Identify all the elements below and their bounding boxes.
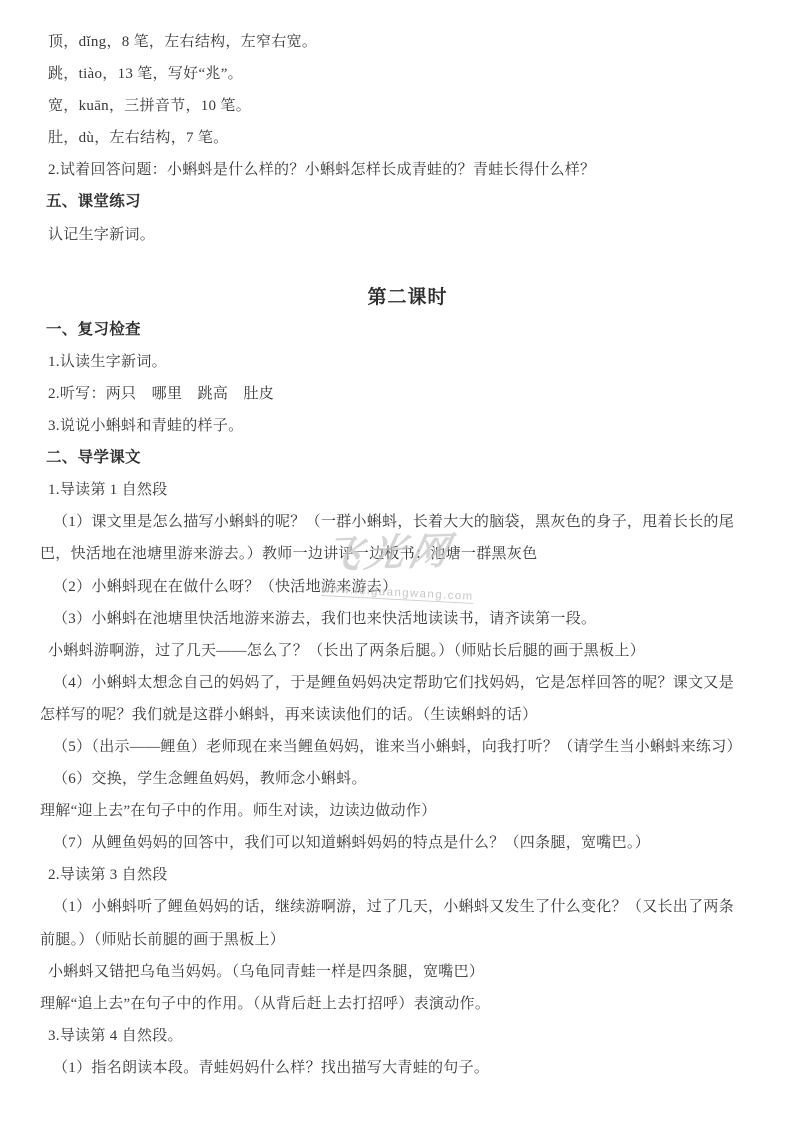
document-line: 前腿。）（师贴长前腿的画于黑板上） — [40, 924, 775, 956]
document-line: 3.说说小蝌蚪和青蛙的样子。 — [40, 410, 775, 442]
document-line: 认记生字新词。 — [40, 219, 775, 251]
section-heading: 二、导学课文 — [40, 442, 775, 474]
document-line: 3.导读第 4 自然段。 — [40, 1020, 775, 1052]
blank-line — [40, 251, 775, 282]
document-line: 宽，kuān，三拼音节，10 笔。 — [40, 90, 775, 122]
document-line: （1）指名朗读本段。青蛙妈妈什么样？找出描写大青蛙的句子。 — [40, 1052, 775, 1084]
document-line: 顶，dǐng，8 笔，左右结构，左窄右宽。 — [40, 26, 775, 58]
document-line: 跳，tiào，13 笔，写好“兆”。 — [40, 58, 775, 90]
document-line: （7）从鲤鱼妈妈的回答中，我们可以知道蝌蚪妈妈的特点是什么？（四条腿，宽嘴巴。） — [40, 827, 775, 859]
document-line: （2）小蝌蚪现在在做什么呀？（快活地游来游去） — [40, 571, 775, 603]
document-line: 小蝌蚪又错把乌龟当妈妈。（乌龟同青蛙一样是四条腿，宽嘴巴） — [40, 956, 775, 988]
section-heading: 五、课堂练习 — [40, 186, 775, 218]
document-line: （4）小蝌蚪太想念自己的妈妈了，于是鲤鱼妈妈决定帮助它们找妈妈，它是怎样回答的呢… — [40, 667, 775, 699]
document-line: （3）小蝌蚪在池塘里快活地游来游去，我们也来快活地读读书，请齐读第一段。 — [40, 603, 775, 635]
section-title: 第二课时 — [40, 282, 775, 314]
document-line: 1.认读生字新词。 — [40, 346, 775, 378]
document-line: （6）交换，学生念鲤鱼妈妈，教师念小蝌蚪。 — [40, 763, 775, 795]
document-line: 2.导读第 3 自然段 — [40, 859, 775, 891]
document-line: （1）小蝌蚪听了鲤鱼妈妈的话，继续游啊游，过了几天，小蝌蚪又发生了什么变化？（又… — [40, 891, 775, 923]
document-line: 巴，快活地在池塘里游来游去。）教师一边讲评一边板书：池塘一群黑灰色 — [40, 538, 775, 570]
document-page: 顶，dǐng，8 笔，左右结构，左窄右宽。跳，tiào，13 笔，写好“兆”。宽… — [0, 0, 793, 1122]
section-heading: 一、复习检查 — [40, 314, 775, 346]
document-line: 1.导读第 1 自然段 — [40, 474, 775, 506]
document-line: 理解“追上去”在句子中的作用。（从背后赶上去打招呼）表演动作。 — [40, 988, 775, 1020]
document-lines: 顶，dǐng，8 笔，左右结构，左窄右宽。跳，tiào，13 笔，写好“兆”。宽… — [40, 26, 775, 1084]
document-line: 2.试着回答问题：小蝌蚪是什么样的？小蝌蚪怎样长成青蛙的？青蛙长得什么样？ — [40, 154, 775, 186]
document-line: 怎样写的呢？我们就是这群小蝌蚪，再来读读他们的话。（生读蝌蚪的话） — [40, 699, 775, 731]
document-line: （1）课文里是怎么描写小蝌蚪的呢？（一群小蝌蚪，长着大大的脑袋，黑灰色的身子，甩… — [40, 506, 775, 538]
document-line: 理解“迎上去”在句子中的作用。师生对读，边读边做动作） — [40, 795, 775, 827]
document-line: 肚，dù，左右结构，7 笔。 — [40, 122, 775, 154]
document-line: 小蝌蚪游啊游，过了几天——怎么了？（长出了两条后腿。）（师贴长后腿的画于黑板上） — [40, 635, 775, 667]
document-line: 2.听写：两只 哪里 跳高 肚皮 — [40, 378, 775, 410]
document-line: （5）（出示——鲤鱼）老师现在来当鲤鱼妈妈，谁来当小蝌蚪，向我打听？（请学生当小… — [40, 731, 775, 763]
